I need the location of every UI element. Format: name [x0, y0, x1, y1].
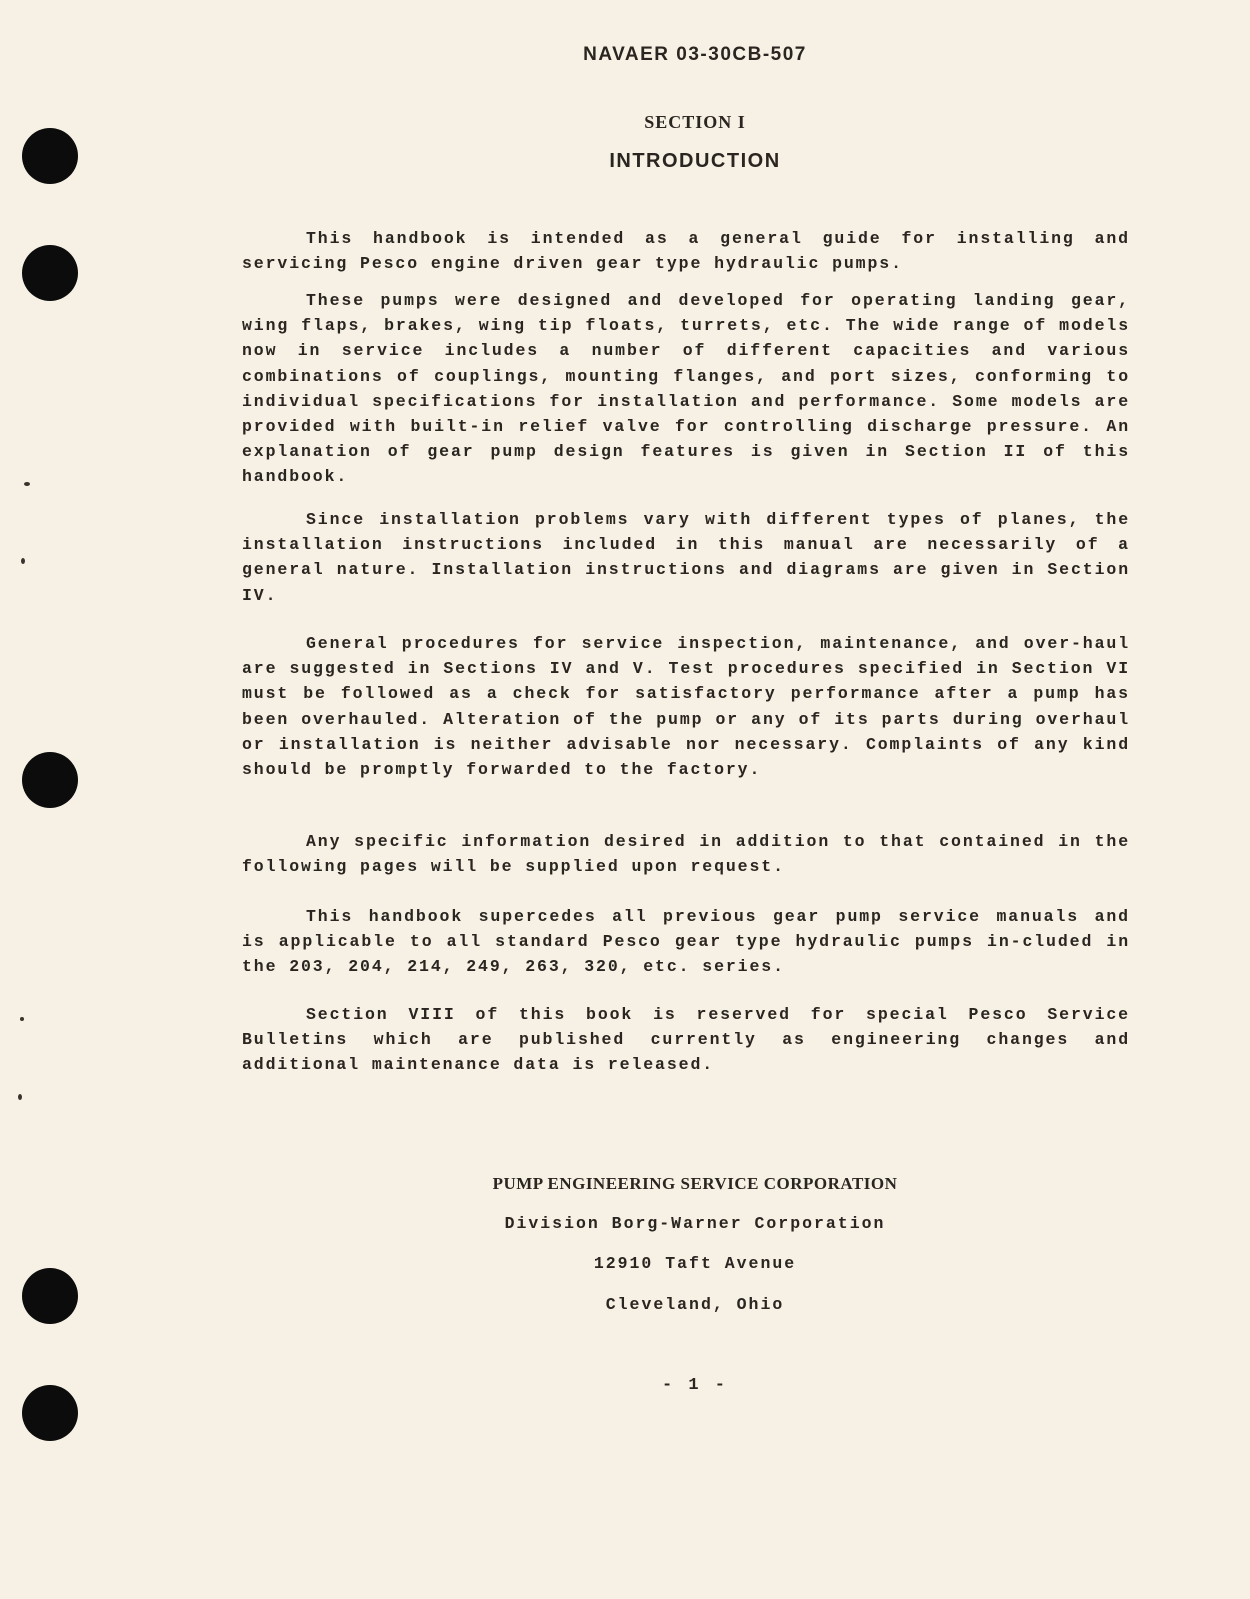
paragraph-text: Any specific information desired in addi… [242, 829, 1130, 879]
paragraph-3: Since installation problems vary with di… [242, 507, 1130, 608]
paragraph-5: Any specific information desired in addi… [242, 829, 1130, 879]
paragraph-text: General procedures for service inspectio… [242, 631, 1130, 782]
company-name: PUMP ENGINEERING SERVICE CORPORATION [0, 1174, 1250, 1194]
binder-hole-3 [22, 752, 78, 808]
company-street: 12910 Taft Avenue [0, 1254, 1250, 1273]
binder-hole-2 [22, 245, 78, 301]
company-city: Cleveland, Ohio [0, 1295, 1250, 1314]
document-code-header: NAVAER 03-30CB-507 [0, 44, 1250, 66]
company-division: Division Borg-Warner Corporation [0, 1214, 1250, 1233]
paragraph-text: These pumps were designed and developed … [242, 288, 1130, 490]
paragraph-text: This handbook is intended as a general g… [242, 226, 1130, 276]
paragraph-text: Section VIII of this book is reserved fo… [242, 1002, 1130, 1078]
speck [24, 482, 30, 486]
section-label: SECTION I [0, 112, 1250, 133]
paragraph-text: Since installation problems vary with di… [242, 507, 1130, 608]
paragraph-6: This handbook supercedes all previous ge… [242, 904, 1130, 980]
speck [21, 558, 25, 564]
section-title: INTRODUCTION [0, 150, 1250, 173]
page-number: - 1 - [0, 1376, 1250, 1395]
paragraph-7: Section VIII of this book is reserved fo… [242, 1002, 1130, 1078]
paragraph-text: This handbook supercedes all previous ge… [242, 904, 1130, 980]
paragraph-4: General procedures for service inspectio… [242, 631, 1130, 782]
paragraph-2: These pumps were designed and developed … [242, 288, 1130, 490]
paragraph-1: This handbook is intended as a general g… [242, 226, 1130, 276]
speck [18, 1094, 22, 1100]
speck [20, 1017, 24, 1021]
